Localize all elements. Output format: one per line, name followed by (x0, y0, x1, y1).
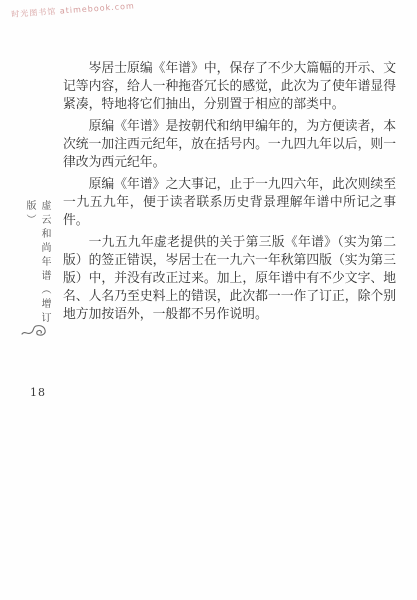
flourish-ornament-icon (20, 320, 50, 342)
body-text-block: 岑居士原编《年谱》中，保存了不少大篇幅的开示、文记等内容，给人一种拖沓冗长的感觉… (63, 60, 396, 328)
side-book-title-vertical: 虚云和尚年谱（增订版） (22, 200, 52, 340)
body-paragraph: 原编《年谱》是按朝代和纳甲编年的，为方便读者，本次统一加注西元纪年，放在括号内。… (63, 118, 396, 172)
body-paragraph: 原编《年谱》之大事记，止于一九四六年，此次则续至一九五九年，便于读者联系历史背景… (63, 176, 396, 230)
scanned-book-page: 时光图书馆 atimebook.com 岑居士原编《年谱》中，保存了不少大篇幅的… (0, 0, 417, 600)
body-paragraph: 一九五九年虚老提供的关于第三版《年谱》（实为第二版）的签正错误，岑居士在一九六一… (63, 234, 396, 324)
body-paragraph: 岑居士原编《年谱》中，保存了不少大篇幅的开示、文记等内容，给人一种拖沓冗长的感觉… (63, 60, 396, 114)
watermark-text: 时光图书馆 atimebook.com (11, 0, 135, 20)
page-number: 18 (30, 386, 46, 399)
